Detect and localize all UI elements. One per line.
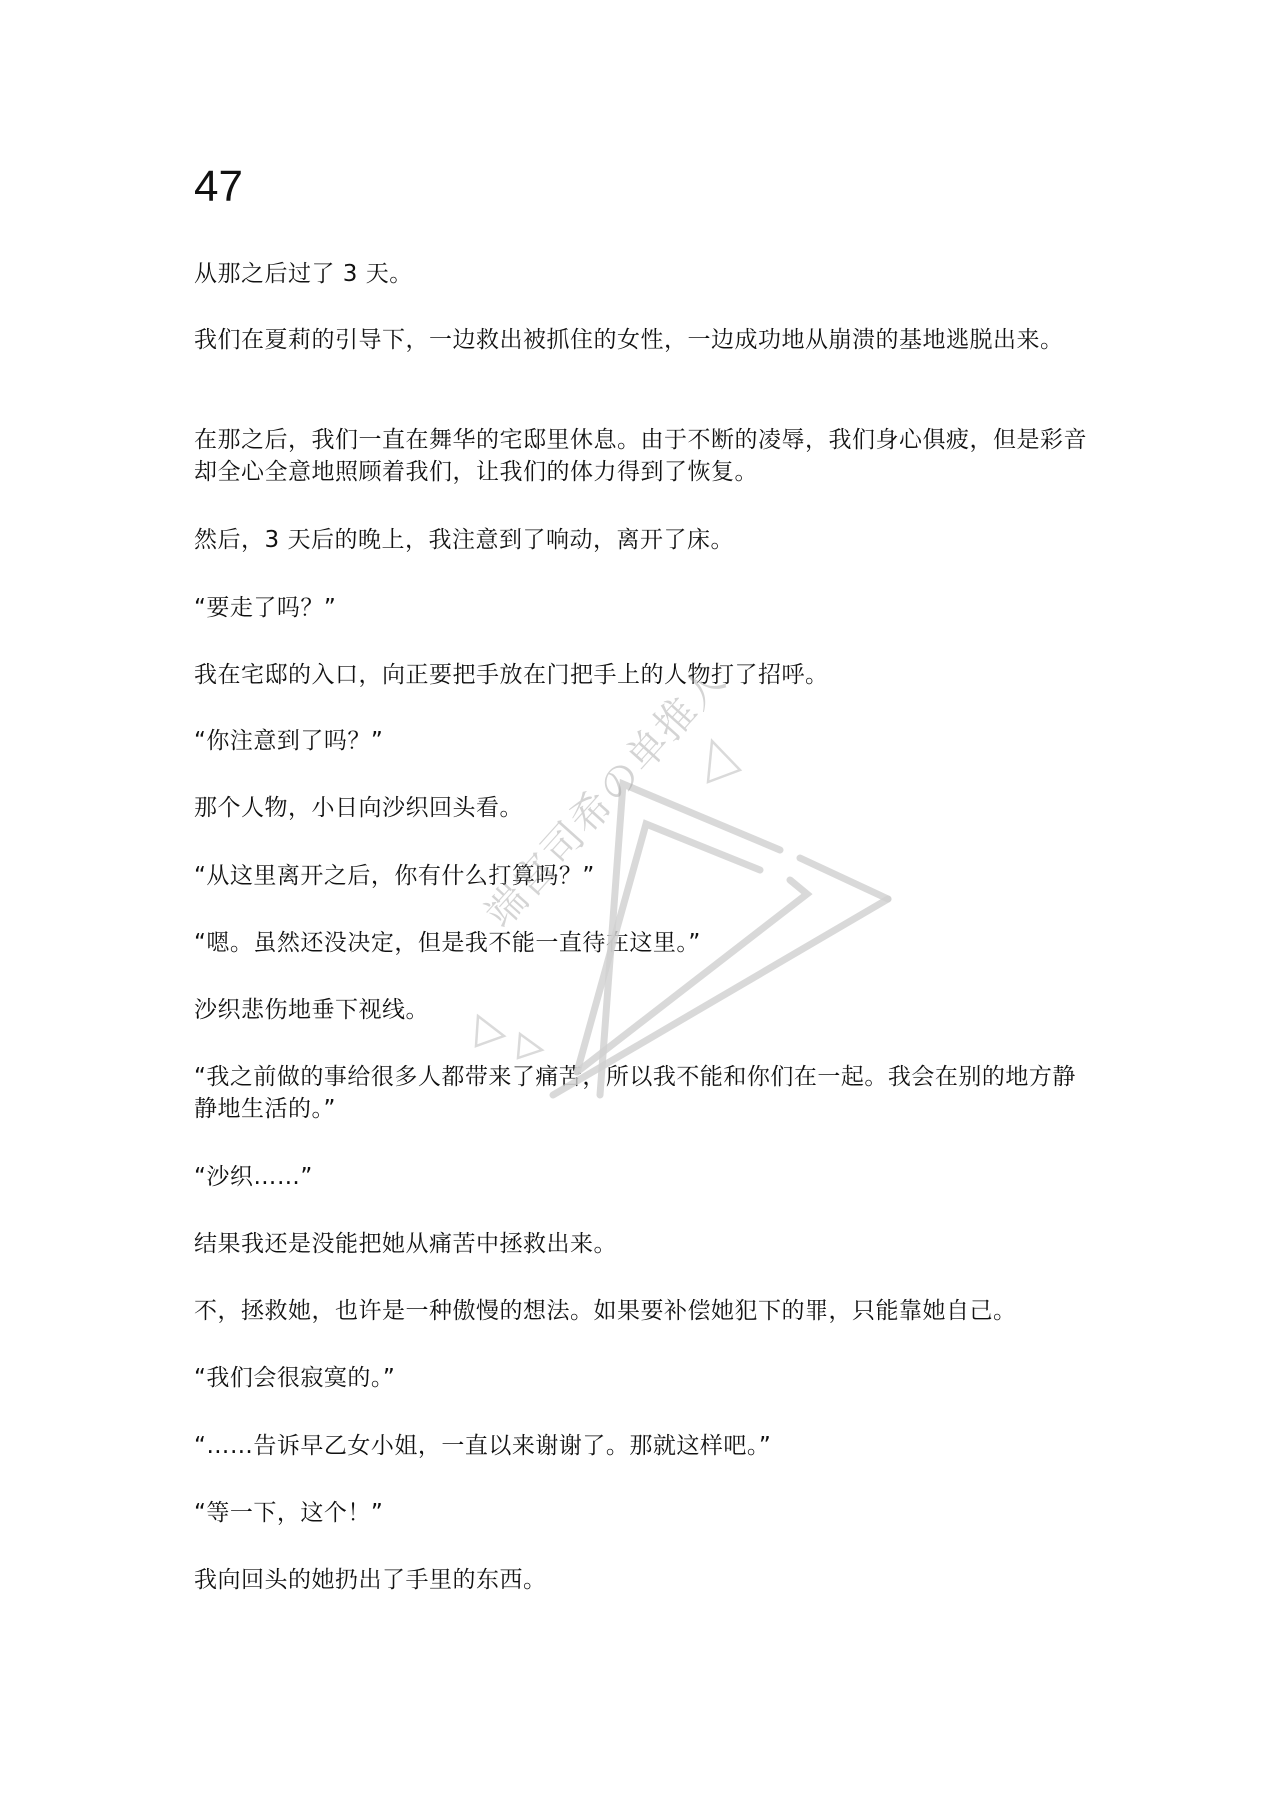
paragraph: 我向回头的她扔出了手里的东西。 — [194, 1564, 1094, 1596]
paragraph: 我在宅邸的入口，向正要把手放在门把手上的人物打了招呼。 — [194, 659, 1094, 691]
paragraph: 从那之后过了 3 天。 — [194, 258, 1094, 290]
paragraph: “等一下，这个！” — [194, 1497, 1094, 1529]
paragraph: “……告诉早乙女小姐，一直以来谢谢了。那就这样吧。” — [194, 1430, 1094, 1462]
paragraph: “从这里离开之后，你有什么打算吗？” — [194, 860, 1094, 892]
paragraph: 沙织悲伤地垂下视线。 — [194, 994, 1094, 1026]
paragraph: 然后，3 天后的晚上，我注意到了响动，离开了床。 — [194, 524, 1094, 556]
paragraph: 不，拯救她，也许是一种傲慢的想法。如果要补偿她犯下的罪，只能靠她自己。 — [194, 1295, 1094, 1327]
paragraph: 在那之后，我们一直在舞华的宅邸里休息。由于不断的凌辱，我们身心俱疲，但是彩音却全… — [194, 424, 1094, 488]
chapter-number: 47 — [194, 162, 243, 212]
paragraph: “我之前做的事给很多人都带来了痛苦，所以我不能和你们在一起。我会在别的地方静静地… — [194, 1061, 1094, 1125]
paragraph: “沙织……” — [194, 1161, 1094, 1193]
paragraph: “嗯。虽然还没决定，但是我不能一直待在这里。” — [194, 927, 1094, 959]
paragraph: 结果我还是没能把她从痛苦中拯救出来。 — [194, 1228, 1094, 1260]
paragraph: “你注意到了吗？” — [194, 725, 1094, 757]
paragraph: 那个人物，小日向沙织回头看。 — [194, 792, 1094, 824]
paragraph: 我们在夏莉的引导下，一边救出被抓住的女性，一边成功地从崩溃的基地逃脱出来。 — [194, 324, 1094, 356]
paragraph: “我们会很寂寞的。” — [194, 1362, 1094, 1394]
paragraph: “要走了吗？” — [194, 592, 1094, 624]
